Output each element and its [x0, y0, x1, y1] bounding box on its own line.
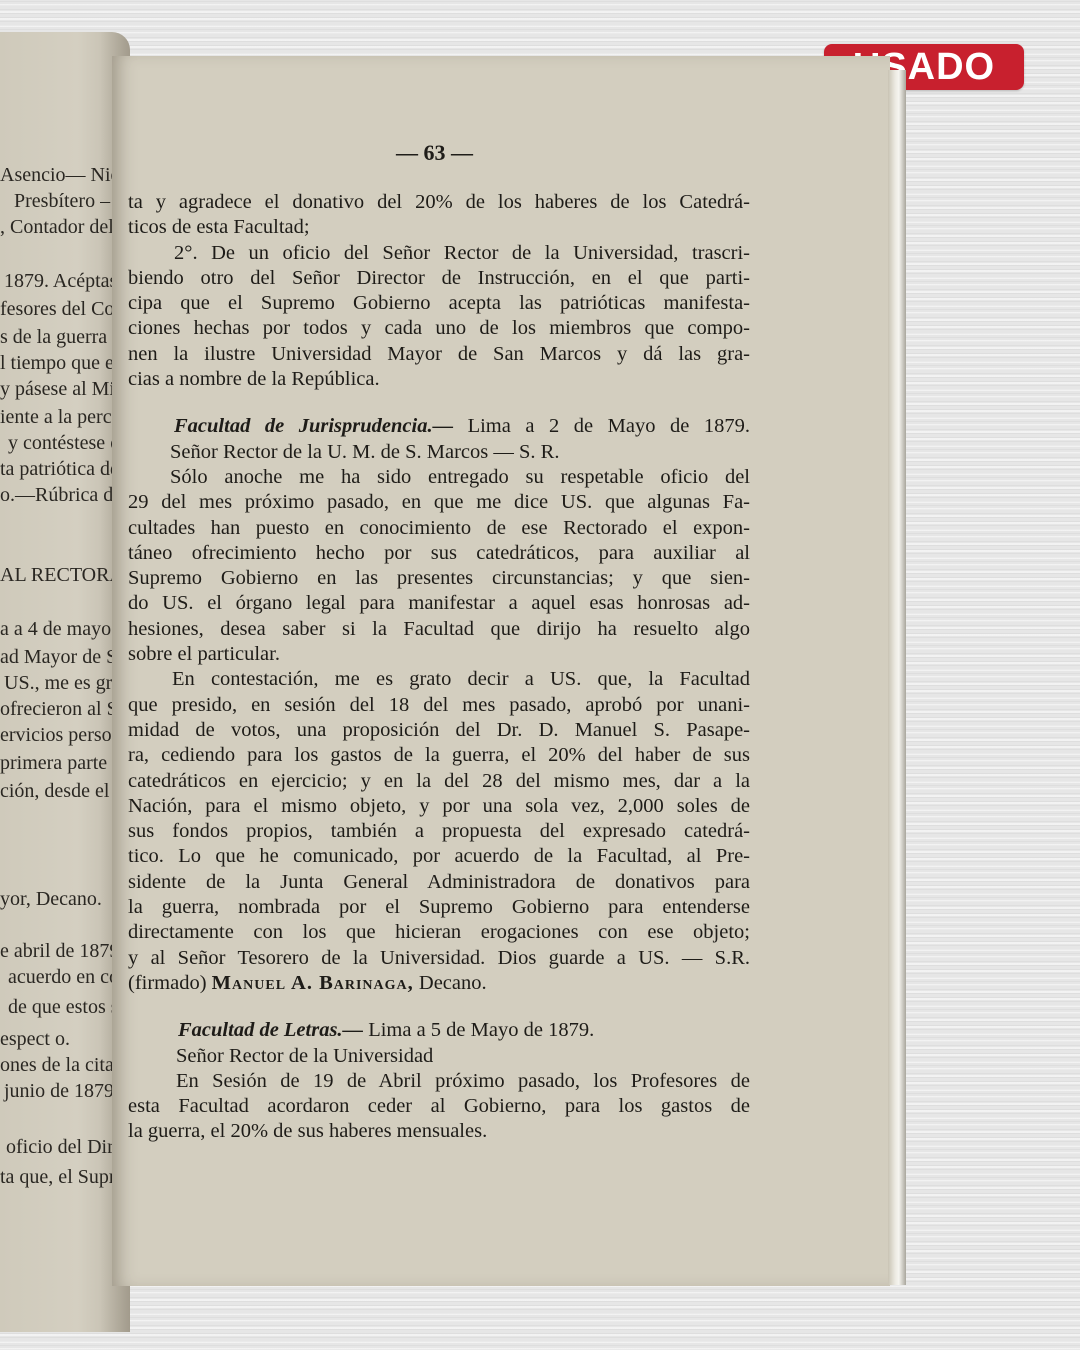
left-page-line: ta que, el Supremo G [0, 1166, 130, 1189]
left-page-line: Presbítero – l [14, 190, 121, 213]
signature-prefix: (firmado) [128, 972, 212, 994]
text-line: que presido, en sesión del 18 del mes pa… [128, 693, 750, 718]
paragraph-continuation: ta y agradece el donativo del 20% de los… [128, 190, 750, 241]
faculty-name: Facultad de Jurisprudencia.— [174, 415, 453, 437]
page-number: — 63 — [396, 140, 473, 166]
salutation: Señor Rector de la U. M. de S. Marcos — … [128, 440, 750, 465]
left-page-line: ones de la citada Fa [0, 1054, 130, 1077]
left-page-line: y pásese al Minist [0, 378, 130, 401]
text-line: do US. el órgano legal para manifestar a… [128, 591, 750, 616]
text-line: y al Señor Tesorero de la Universidad. D… [128, 946, 750, 971]
letter-date: Lima a 2 de Mayo de 1879. [453, 415, 750, 437]
letter-heading: Facultad de Jurisprudencia.— Lima a 2 de… [128, 414, 750, 439]
text-line: midad de votos, una proposición del Dr. … [128, 718, 750, 743]
left-page-line: a a 4 de mayo de [0, 618, 130, 641]
text-line: cias a nombre de la República. [128, 367, 750, 392]
text-line: ciones hechas por todos y cada uno de lo… [128, 316, 750, 341]
left-page: Asencio— NicanorPresbítero – l, Contador… [0, 32, 130, 1332]
text-line: tico. Lo que he comunicado, por acuerdo … [128, 844, 750, 869]
salutation: Señor Rector de la Universidad [128, 1044, 750, 1069]
left-page-line: ad Mayor de San [0, 646, 130, 669]
signature-line: (firmado) Manuel A. Barinaga, Decano. [128, 971, 750, 996]
text-line: nen la ilustre Universidad Mayor de San … [128, 342, 750, 367]
left-page-line: , Contador del C [0, 216, 130, 239]
letter-heading: Facultad de Letras.— Lima a 5 de Mayo de… [128, 1018, 750, 1043]
text-line: la guerra, nombrada por el Supremo Gobie… [128, 895, 750, 920]
left-page-line: ta patriótica del [0, 458, 124, 481]
text-line: sobre el particular. [128, 642, 750, 667]
text-line: ra, cediendo para los gastos de la guerr… [128, 743, 750, 768]
letter-date: Lima a 5 de Mayo de 1879. [363, 1019, 594, 1041]
text-line: cipa que el Supremo Gobierno acepta las … [128, 291, 750, 316]
letras-letter: Facultad de Letras.— Lima a 5 de Mayo de… [128, 1018, 750, 1144]
left-page-line: o.—Rúbrica de S [0, 484, 130, 507]
left-page-line: fesores del Coleg [0, 298, 130, 321]
text-line: táneo ofrecimiento hecho por sus catedrá… [128, 541, 750, 566]
left-page-line: primera parte del [0, 752, 130, 775]
text-line: En contestación, me es grato decir a US.… [128, 667, 750, 692]
text-line: En Sesión de 19 de Abril próximo pasado,… [128, 1069, 750, 1094]
text-line: 29 del mes próximo pasado, en que me dic… [128, 490, 750, 515]
signatory-name: Manuel A. Barinaga, [212, 972, 414, 994]
text-line: Sólo anoche me ha sido entregado su resp… [128, 465, 750, 490]
text-line: la guerra, el 20% de sus haberes mensual… [128, 1119, 750, 1144]
page-body-text: ta y agradece el donativo del 20% de los… [128, 190, 750, 1145]
jurisprudencia-letter: Facultad de Jurisprudencia.— Lima a 2 de… [128, 414, 750, 996]
left-page-line: ofrecieron al Supr [0, 698, 130, 721]
text-line: directamente con los que hicieran erogac… [128, 920, 750, 945]
text-line: ta y agradece el donativo del 20% de los… [128, 190, 750, 215]
text-line: biendo otro del Señor Director de Instru… [128, 266, 750, 291]
left-page-line: e abril de 1879 acu [0, 940, 130, 963]
text-line: Supremo Gobierno en las presentes circun… [128, 566, 750, 591]
left-page-line: espect o. [0, 1028, 70, 1051]
left-page-line: l tiempo que ella [0, 352, 130, 375]
left-page-line: AL RECTORADO. [0, 564, 130, 587]
left-page-line: s de la guerra qu [0, 326, 130, 349]
text-line: hesiones, desea saber si la Facultad que… [128, 617, 750, 642]
left-page-line: yor, Decano. [0, 888, 102, 911]
text-line: catedráticos en ejercicio; y en la del 2… [128, 769, 750, 794]
signatory-title: Decano. [414, 972, 487, 994]
text-line: sus fondos propios, también a propuesta … [128, 819, 750, 844]
text-line: Nación, para el mismo objeto, y por una … [128, 794, 750, 819]
text-line: ticos de esta Facultad; [128, 215, 750, 240]
left-page-line: Asencio— Nicanor [0, 164, 130, 187]
text-line: cultades han puesto en conocimiento de e… [128, 516, 750, 541]
paragraph-second-item: 2°. De un oficio del Señor Rector de la … [128, 241, 750, 393]
text-line: sidente de la Junta General Administrado… [128, 870, 750, 895]
faculty-name: Facultad de Letras.— [178, 1019, 363, 1041]
left-page-line: iente a la percep [0, 406, 130, 429]
text-line: 2°. De un oficio del Señor Rector de la … [128, 241, 750, 266]
left-page-line: ción, desde el prés [0, 780, 130, 803]
text-line: esta Facultad acordaron ceder al Gobiern… [128, 1094, 750, 1119]
page-edges [888, 70, 906, 1285]
left-page-line: ervicios personales [0, 724, 130, 747]
